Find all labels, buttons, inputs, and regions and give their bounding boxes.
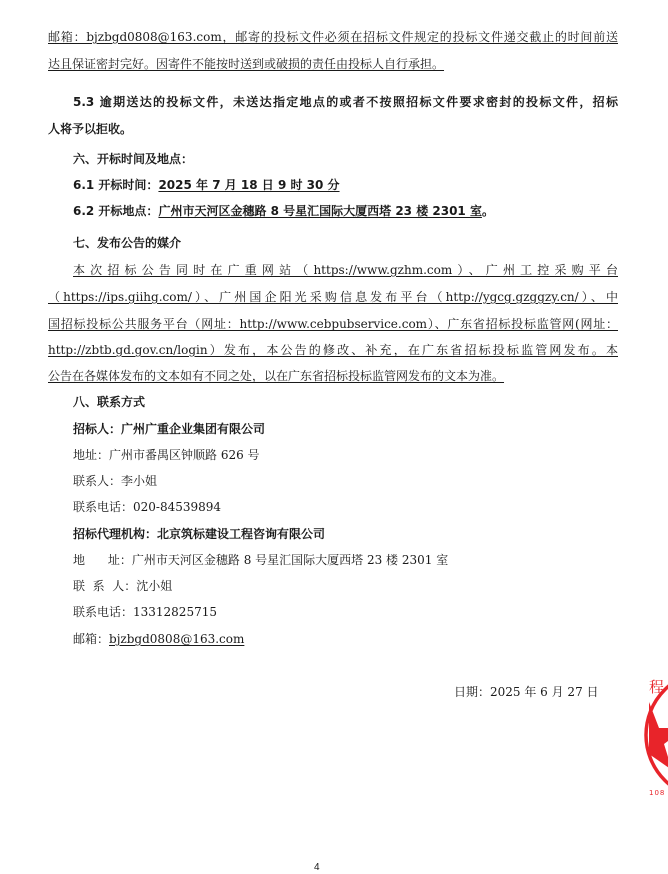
tenderer-address: 地址：广州市番禺区钟顺路 626 号	[73, 448, 260, 462]
mail-instruction-line-2: 达且保证密封完好。因寄件不能按时送到或破损的责任由投标人自行承担。	[48, 57, 444, 71]
media-line-1: 本次招标公告同时在广重网站（https://www.gzhm.com）、广州工控…	[73, 263, 618, 277]
item-5-3-line-1: 5.3 逾期送达的投标文件，未送达指定地点的或者不按照招标文件要求密封的投标文件…	[73, 95, 618, 109]
opening-place-row: 6.2 开标地点：广州市天河区金穗路 8 号星汇国际大厦西塔 23 楼 2301…	[73, 204, 494, 218]
media-line-4: http://zbtb.gd.gov.cn/login）发布，本公告的修改、补充…	[48, 343, 618, 357]
opening-time-row: 6.1 开标时间：2025 年 7 月 18 日 9 时 30 分	[73, 178, 340, 192]
opening-place-suffix: 。	[482, 204, 494, 218]
opening-time-value: 2025 年 7 月 18 日 9 时 30 分	[158, 178, 339, 192]
opening-place-value: 广州市天河区金穗路 8 号星汇国际大厦西塔 23 楼 2301 室	[158, 204, 482, 218]
seal-code: 108	[649, 789, 665, 797]
item-5-3-line-2: 人将予以拒收。	[48, 122, 132, 136]
page-number: 4	[314, 862, 320, 873]
agency-address: 地 址：广州市天河区金穗路 8 号星汇国际大厦西塔 23 楼 2301 室	[73, 553, 448, 567]
seal-char: 程	[649, 678, 664, 696]
media-line-2: （https://ips.giihg.com/）、广州国企阳光采购信息发布平台（…	[48, 290, 618, 304]
agency-email-label: 邮箱：	[73, 632, 109, 646]
document-date: 日期：2025 年 6 月 27 日	[454, 685, 599, 699]
opening-place-label: 6.2 开标地点：	[73, 204, 158, 218]
tenderer-phone: 联系电话：020-84539894	[73, 500, 221, 514]
agency-email-row: 邮箱：bjzbgd0808@163.com	[73, 632, 244, 646]
section-7-heading: 七、发布公告的媒介	[73, 236, 181, 250]
tenderer-title: 招标人：广州广重企业集团有限公司	[73, 422, 265, 436]
agency-contact: 联 系 人：沈小姐	[73, 579, 172, 593]
agency-phone: 联系电话：13312825715	[73, 605, 217, 619]
media-line-3: 国招标投标公共服务平台（网址：http://www.cebpubservice.…	[48, 317, 618, 331]
agency-email-link[interactable]: bjzbgd0808@163.com	[109, 632, 244, 646]
tenderer-contact: 联系人：李小姐	[73, 474, 157, 488]
section-6-heading: 六、开标时间及地点：	[73, 152, 193, 166]
mail-instruction-line-1: 邮箱：bjzbgd0808@163.com，邮寄的投标文件必须在招标文件规定的投…	[48, 30, 618, 44]
section-8-heading: 八、联系方式	[73, 395, 145, 409]
media-line-5: 公告在各媒体发布的文本如有不同之处，以在广东省招标投标监管网发布的文本为准。	[48, 369, 504, 383]
opening-time-label: 6.1 开标时间：	[73, 178, 158, 192]
document-page: 邮箱：bjzbgd0808@163.com，邮寄的投标文件必须在招标文件规定的投…	[0, 0, 668, 874]
agency-title: 招标代理机构：北京筑标建设工程咨询有限公司	[73, 527, 325, 541]
company-seal-icon: 程 108	[645, 660, 668, 810]
